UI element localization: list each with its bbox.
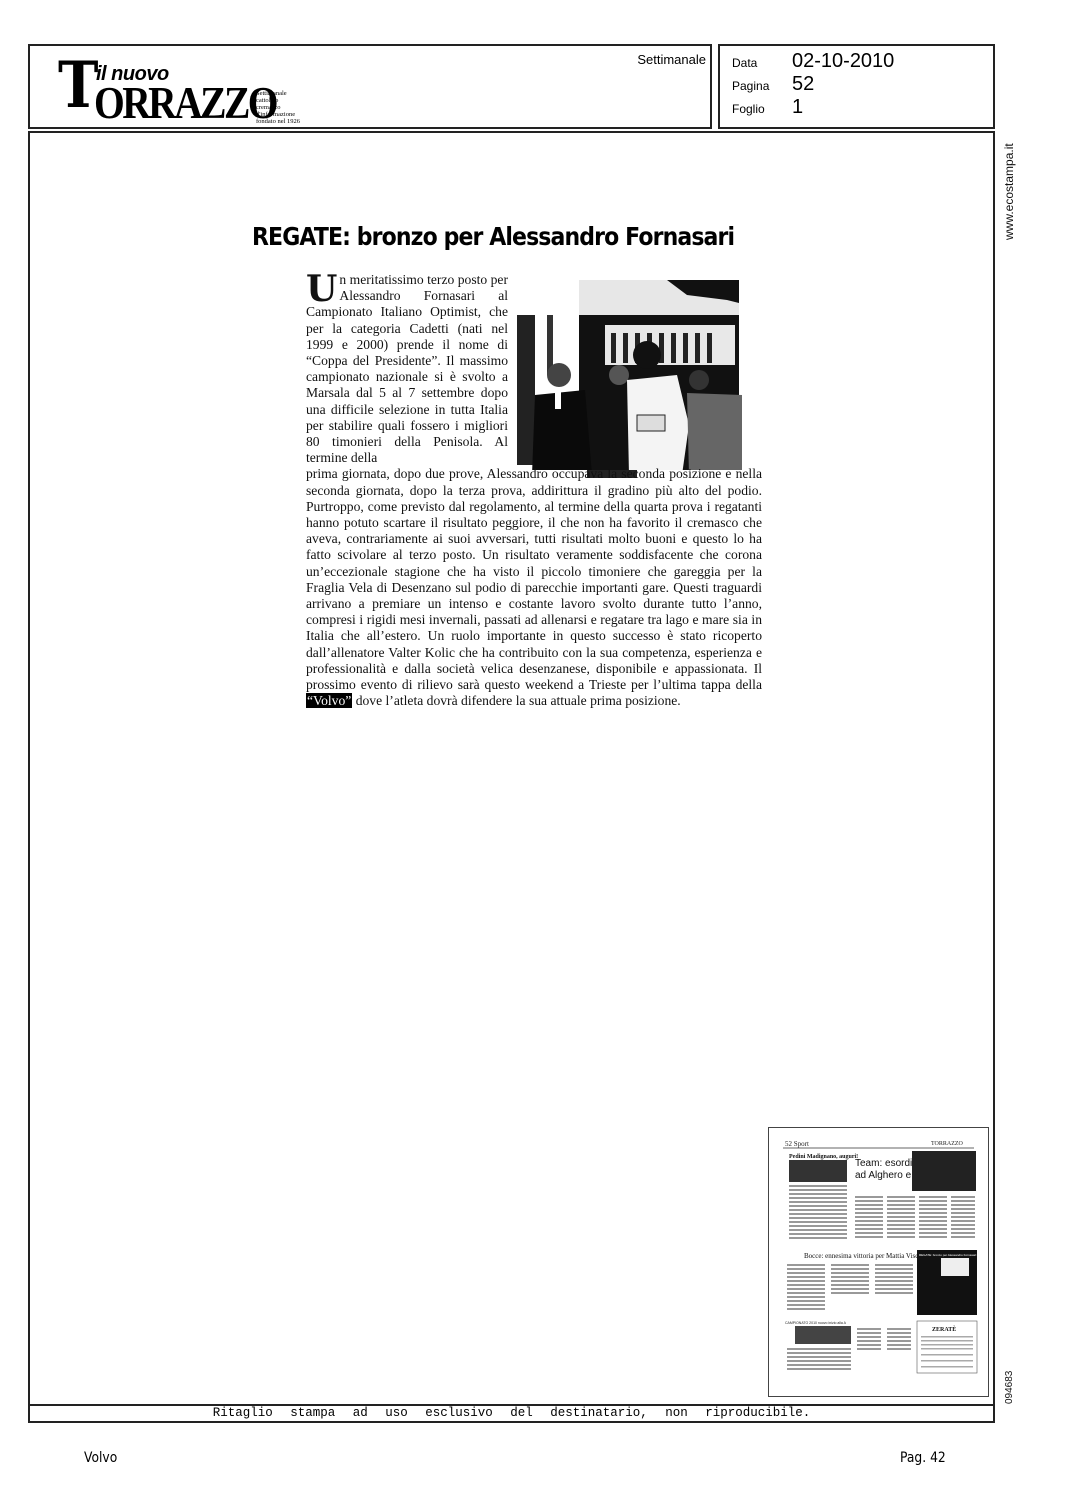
page-thumbnail: 52 Sport TORRAZZO Pedini Madignano, augu… [768, 1127, 989, 1397]
article-column-text: Un meritatissimo terzo posto per Alessan… [306, 272, 508, 466]
website-watermark: www.ecostampa.it [1002, 143, 1016, 240]
svg-text:Pedini Madignano, auguri!: Pedini Madignano, auguri! [789, 1154, 858, 1160]
publication-frequency: Settimanale [637, 52, 706, 67]
svg-text:Bocce: ennesima vittoria per M: Bocce: ennesima vittoria per Mattia Visc… [804, 1252, 929, 1260]
logo-name: ORRAZZO [94, 80, 276, 126]
keyword-highlight: “Volvo” [306, 693, 352, 708]
page-label: Pagina [732, 79, 792, 93]
footer-page-number: Pag. 42 [900, 1450, 946, 1466]
article-headline: REGATE: bronzo per Alessandro Fornasari [252, 222, 734, 251]
date-label: Data [732, 56, 792, 70]
article-main-text: prima giornata, dopo due prove, Alessand… [306, 466, 762, 692]
svg-text:52 Sport: 52 Sport [785, 1140, 809, 1148]
svg-text:TORRAZZO: TORRAZZO [931, 1141, 964, 1147]
logo-tagline: Settimanale cattolico cremasco d'informa… [256, 90, 300, 125]
svg-text:ZERATÈ: ZERATÈ [932, 1325, 956, 1333]
clipping-code: 094683 [1004, 1371, 1015, 1404]
meta-row-date: Data02-10-2010 [732, 50, 894, 73]
article-body: Un meritatissimo terzo posto per Alessan… [306, 272, 762, 709]
newspaper-logo: T il nuovo ORRAZZO Settimanale cattolico… [56, 54, 316, 124]
svg-text:REGATE: bronzo per Alessandro: REGATE: bronzo per Alessandro Fornasari [919, 1253, 977, 1257]
newspaper-page-thumbnail-icon: 52 Sport TORRAZZO Pedini Madignano, augu… [769, 1128, 988, 1396]
meta-box: Data02-10-2010 Pagina52 Foglio1 [718, 44, 995, 129]
article-full-width-text: prima giornata, dopo due prove, Alessand… [306, 466, 762, 709]
sheet-label: Foglio [732, 102, 792, 116]
svg-text:CAMPIONATO 2010 nuovo inizio a: CAMPIONATO 2010 nuovo inizio alla A [785, 1321, 847, 1325]
sheet-value: 1 [792, 96, 803, 118]
footer-keyword: Volvo [84, 1450, 117, 1466]
page-value: 52 [792, 73, 814, 95]
date-value: 02-10-2010 [792, 50, 894, 72]
thumb-headline-1: Team: esordio [855, 1158, 918, 1169]
meta-row-page: Pagina52 [732, 73, 814, 96]
drop-cap: U [306, 274, 337, 304]
article-closing-text: dove l’atleta dovrà difendere la sua att… [352, 693, 680, 708]
masthead-box: T il nuovo ORRAZZO Settimanale cattolico… [28, 44, 712, 129]
logo-initial: T [58, 54, 96, 118]
reproduction-disclaimer: Ritaglio stampa ad uso esclusivo del des… [28, 1406, 995, 1420]
meta-row-sheet: Foglio1 [732, 96, 803, 119]
